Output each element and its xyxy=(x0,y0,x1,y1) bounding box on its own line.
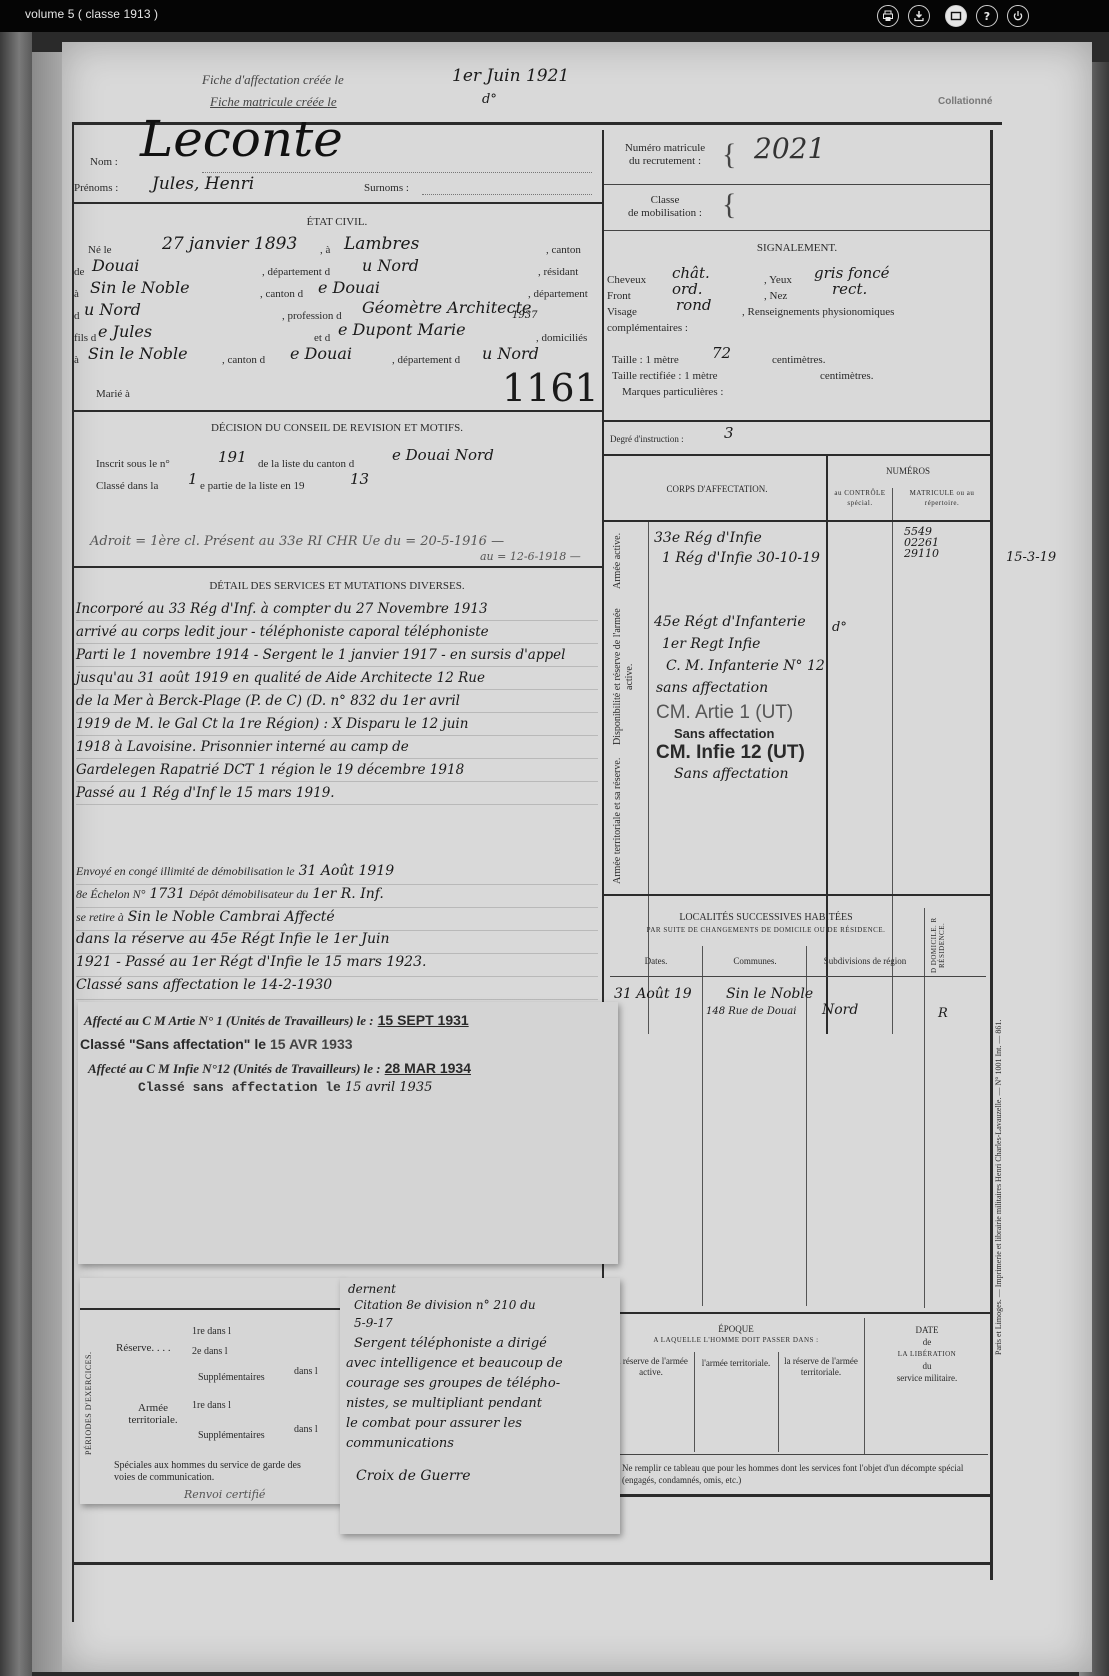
birth-department: u Nord xyxy=(362,256,419,275)
book-binding xyxy=(0,32,32,1676)
nom-label: Nom : xyxy=(90,156,118,168)
col-subdivisions: Subdivisions de région xyxy=(808,956,922,966)
reserve-number: d° xyxy=(832,620,847,635)
birth-canton: Douai xyxy=(92,256,139,275)
fiche-matricule-label: Fiche matricule créée le xyxy=(210,94,337,110)
power-icon xyxy=(1012,10,1024,22)
reserve-entry: Sans affectation xyxy=(674,766,789,782)
degre-instruction-value: 3 xyxy=(724,424,734,442)
corps-affectation-title: CORPS D'AFFECTATION. xyxy=(610,484,824,494)
decision-annotation: Adroit = 1ère cl. Présent au 33e RI CHR … xyxy=(90,534,504,549)
etat-civil-title: ÉTAT CIVIL. xyxy=(72,216,602,228)
demobilisation-date: 31 Août 1919 xyxy=(299,863,395,879)
citation-line: communications xyxy=(346,1436,454,1451)
taille-value: 72 xyxy=(712,344,731,362)
document-title: volume 5 ( classe 1913 ) xyxy=(25,7,158,21)
fiche-matricule-date: d° xyxy=(482,92,497,107)
numeros-title: NUMÉROS xyxy=(828,466,988,476)
services-line: 1919 de M. le Gal Ct la 1re Région) : X … xyxy=(76,713,598,736)
download-button[interactable] xyxy=(908,5,930,27)
services-line: Gardelegen Rapatrié DCT 1 région le 19 d… xyxy=(76,759,598,782)
citation-slip: dernent Citation 8e division n° 210 du 5… xyxy=(340,1278,620,1534)
reserve-stamp: Sans affectation xyxy=(674,726,774,741)
numero-matricule-value: 2021 xyxy=(754,132,825,165)
localite-subdivision: Nord xyxy=(822,1002,858,1018)
profession: Géomètre Architecte xyxy=(362,298,532,317)
nez-value: rect. xyxy=(832,280,867,298)
viewer-toolbar: volume 5 ( classe 1913 ) ? xyxy=(0,0,1109,32)
parents-department: u Nord xyxy=(482,344,539,363)
citation-award: Croix de Guerre xyxy=(356,1468,471,1484)
epoque-title: ÉPOQUE xyxy=(610,1324,862,1334)
citation-line: 5-9-17 xyxy=(354,1316,393,1330)
marie-label: Marié à xyxy=(96,388,130,400)
col-armee-territoriale: l'armée territoriale. xyxy=(696,1358,776,1369)
reserve-stamp: CM. Infie 12 (UT) xyxy=(656,742,805,764)
stamp-date-1: 15 SEPT 1931 xyxy=(378,1012,469,1028)
epoque-subtitle: A LAQUELLE L'HOMME DOIT PASSER DANS : xyxy=(610,1336,862,1344)
fiche-affectation-date: 1er Juin 1921 xyxy=(452,66,569,86)
father-name: e Jules xyxy=(98,322,152,341)
localite-commune-detail: 148 Rue de Douai xyxy=(706,1006,796,1017)
demobilisation-block: Envoyé en congé illimité de démobilisati… xyxy=(76,862,598,1002)
decision-title: DÉCISION DU CONSEIL DE REVISION ET MOTIF… xyxy=(72,422,602,434)
toolbar-actions: ? xyxy=(877,5,1029,27)
active-entry: 1 Rég d'Infie 30-10-19 xyxy=(662,550,820,566)
inscrit-canton: e Douai Nord xyxy=(392,446,494,464)
document-viewer[interactable]: Fiche d'affectation créée le 1er Juin 19… xyxy=(0,32,1109,1676)
active-numbers: 5549 02261 29110 xyxy=(904,526,939,559)
citation-line: Sergent téléphoniste a dirigé xyxy=(354,1336,547,1351)
margin-date-note: 15-3-19 xyxy=(1006,550,1056,565)
citation-line: le combat pour assurer les xyxy=(346,1416,522,1431)
col-controle-special: au CONTRÔLE spécial. xyxy=(830,488,890,508)
services-line: Incorporé au 33 Rég d'Inf. à compter du … xyxy=(76,598,598,621)
fiche-affectation-label: Fiche d'affectation créée le xyxy=(202,72,344,88)
reserve-stamp: CM. Artie 1 (UT) xyxy=(656,702,793,724)
epoque-footnote: Ne remplir ce tableau que pour les homme… xyxy=(622,1462,984,1486)
col-reserve-active: la réserve de l'armée active. xyxy=(610,1356,692,1378)
help-icon: ? xyxy=(984,10,990,23)
reserve-entry: 45e Régt d'Infanterie xyxy=(654,614,806,630)
services-line: arrivé au corps ledit jour - téléphonist… xyxy=(76,621,598,644)
print-button[interactable] xyxy=(877,5,899,27)
periodes-slip: PÉRIODES D'EXERCICES. Réserve. . . . 1re… xyxy=(80,1278,342,1504)
mother-death-year: 1937 xyxy=(512,310,537,321)
signalement-title: SIGNALEMENT. xyxy=(604,242,990,254)
birth-date: 27 janvier 1893 xyxy=(162,234,297,254)
fullscreen-button[interactable] xyxy=(945,5,967,27)
stamp-date-4: 15 avril 1935 xyxy=(345,1080,433,1095)
reserve-entry: 1er Regt Infie xyxy=(662,636,760,652)
frame-bottom xyxy=(72,1562,992,1565)
services-title: DÉTAIL DES SERVICES ET MUTATIONS DIVERSE… xyxy=(72,580,602,592)
printer-icon xyxy=(882,10,894,22)
surnoms-label: Surnoms : xyxy=(364,182,409,194)
citation-line: nistes, se multipliant pendant xyxy=(346,1396,542,1411)
citation-line: avec intelligence et beaucoup de xyxy=(346,1356,563,1371)
residence-department: u Nord xyxy=(84,300,141,319)
side-disponibilite: Disponibilité et réserve de l'armée acti… xyxy=(612,602,640,752)
periodes-side-title: PÉRIODES D'EXERCICES. xyxy=(84,1318,108,1488)
active-entry: 33e Rég d'Infie xyxy=(654,530,762,546)
services-line: 1918 à Lavoisine. Prisonnier interné au … xyxy=(76,736,598,759)
localite-date: 31 Août 19 xyxy=(614,986,692,1002)
classe-mobilisation-label: Classe de mobilisation : xyxy=(610,194,720,220)
frame-right xyxy=(990,130,993,1580)
stamp-date-2: 15 AVR 1933 xyxy=(270,1036,353,1052)
periodes-faded-note: Renvoi certifié xyxy=(184,1488,265,1501)
prenoms-label: Prénoms : xyxy=(74,182,118,194)
collationne-stamp: Collationné xyxy=(938,96,992,107)
classe-annee: 13 xyxy=(350,470,369,488)
col-communes: Communes. xyxy=(704,956,806,966)
decision-annotation-2: au = 12-6-1918 — xyxy=(480,550,581,563)
localites-title: LOCALITÉS SUCCESSIVES HABITÉES xyxy=(610,912,922,923)
residence: Sin le Noble xyxy=(90,278,190,297)
inscrit-number: 191 xyxy=(218,448,247,466)
localites-subtitle: PAR SUITE DE CHANGEMENTS DE DOMICILE OU … xyxy=(610,926,922,934)
citation-line: dernent xyxy=(348,1282,396,1296)
nom-value: Leconte xyxy=(140,110,343,168)
visage-value: rond xyxy=(676,296,711,314)
stamp-date-3: 28 MAR 1934 xyxy=(385,1060,471,1076)
mother-name: e Dupont Marie xyxy=(338,320,466,339)
services-line: de la Mer à Berck-Plage (P. de C) (D. n°… xyxy=(76,690,598,713)
services-text: Incorporé au 33 Rég d'Inf. à compter du … xyxy=(76,598,598,808)
frame-left xyxy=(72,122,74,1622)
classe-partie: 1 xyxy=(188,470,198,488)
screen-icon xyxy=(950,10,962,22)
citation-line: Citation 8e division n° 210 du xyxy=(354,1298,536,1312)
date-liberation-header: DATE de LA LIBÉRATION du service militai… xyxy=(866,1324,988,1384)
numero-matricule-label: Numéro matricule du recrutement : xyxy=(610,142,720,168)
col-reserve-territoriale: la réserve de l'armée territoriale. xyxy=(780,1356,862,1378)
pasted-stamp-slip: Affecté au C M Artie N° 1 (Unités de Tra… xyxy=(78,1002,618,1264)
prenoms-value: Jules, Henri xyxy=(152,174,254,194)
localite-type: R xyxy=(938,1006,948,1021)
services-line: Passé au 1 Rég d'Inf le 15 mars 1919. xyxy=(76,782,598,805)
registry-page: Fiche d'affectation créée le 1er Juin 19… xyxy=(62,42,1092,1672)
printer-imprint: Paris et Limoges. — Imprimerie et librai… xyxy=(994,922,1008,1452)
localite-commune: Sin le Noble xyxy=(726,986,813,1002)
birth-place: Lambres xyxy=(344,234,419,254)
services-line: Parti le 1 novembre 1914 - Sergent le 1 … xyxy=(76,644,598,667)
reserve-entry: sans affectation xyxy=(656,680,768,696)
help-button[interactable]: ? xyxy=(976,5,998,27)
side-armee-active: Armée active. xyxy=(612,528,640,594)
download-icon xyxy=(913,10,925,22)
domicile-residence-header: D DOMICILE. R RÉSIDENCE. xyxy=(930,912,954,978)
col-dates: Dates. xyxy=(610,956,702,966)
side-territoriale: Armée territoriale et sa réserve. xyxy=(612,756,640,886)
parents-domicile: Sin le Noble xyxy=(88,344,188,363)
services-line: jusqu'au 31 août 1919 en qualité de Aide… xyxy=(76,667,598,690)
residence-canton: e Douai xyxy=(318,278,380,297)
reserve-entry: C. M. Infanterie N° 12 xyxy=(666,658,825,674)
exit-button[interactable] xyxy=(1007,5,1029,27)
col-matricule-repertoire: MATRICULE ou au répertoire. xyxy=(896,488,988,508)
registry-number: 1161 xyxy=(502,366,599,410)
citation-line: courage ses groupes de télépho- xyxy=(346,1376,560,1391)
parents-canton: e Douai xyxy=(290,344,352,363)
